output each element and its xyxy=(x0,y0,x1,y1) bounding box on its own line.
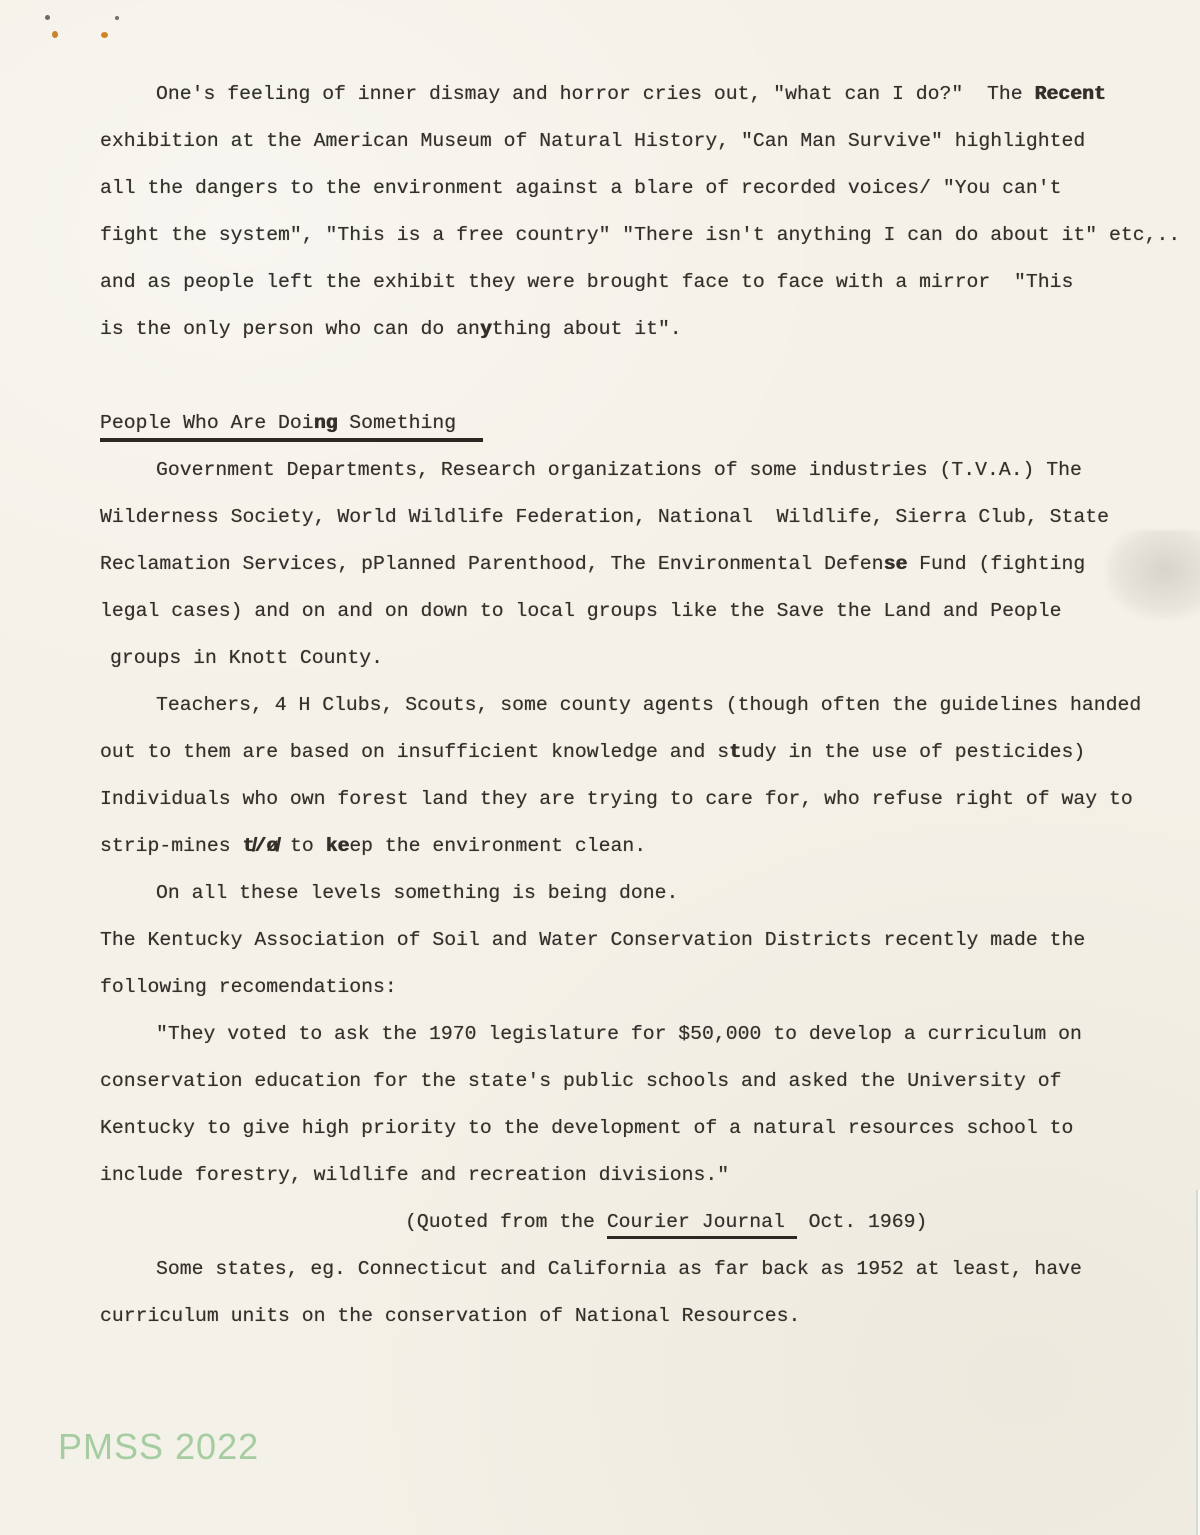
text-segment: (Quoted from the xyxy=(405,1211,607,1233)
rust-speck-icon xyxy=(52,31,58,38)
text-line: all the dangers to the environment again… xyxy=(100,165,1180,212)
text-line: Some states, eg. Connecticut and Califor… xyxy=(100,1246,1180,1293)
text-segment: exhibition at the American Museum of Nat… xyxy=(100,130,1085,152)
quote-paragraph: "They voted to ask the 1970 legislature … xyxy=(100,1011,1180,1199)
text-line: Kentucky to give high priority to the de… xyxy=(100,1105,1180,1152)
text-segment: all the dangers to the environment again… xyxy=(100,177,1062,199)
text-line: conservation education for the state's p… xyxy=(100,1058,1180,1105)
text-segment: following recomendations: xyxy=(100,976,397,998)
text-segment: Fund (fighting xyxy=(907,553,1085,575)
overstrike-text: se xyxy=(883,553,907,575)
text-line: strip-mines t̸/ø̸ to keep the environmen… xyxy=(100,823,1180,870)
text-line: Teachers, 4 H Clubs, Scouts, some county… xyxy=(100,682,1180,729)
teachers-paragraph: Teachers, 4 H Clubs, Scouts, some county… xyxy=(100,682,1180,870)
text-line: One's feeling of inner dismay and horror… xyxy=(100,71,1180,118)
text-line: include forestry, wildlife and recreatio… xyxy=(100,1152,1180,1199)
text-segment: out to them are based on insufficient kn… xyxy=(100,741,729,763)
text-segment: groups in Knott County. xyxy=(110,647,383,669)
text-segment: Some states, eg. Connecticut and Califor… xyxy=(156,1258,1082,1280)
staple-speck-icon xyxy=(115,16,119,20)
overstrike-text: t̸/ø̸ xyxy=(242,835,278,857)
underline-text: Courier Journal xyxy=(607,1209,797,1239)
text-line: The Kentucky Association of Soil and Wat… xyxy=(100,917,1180,964)
text-segment: On all these levels something is being d… xyxy=(156,882,678,904)
text-segment: include forestry, wildlife and recreatio… xyxy=(100,1164,729,1186)
text-line: curriculum units on the conservation of … xyxy=(100,1293,1180,1340)
text-segment: Reclamation Services, pPlanned Parenthoo… xyxy=(100,553,883,575)
text-line: out to them are based on insufficient kn… xyxy=(100,729,1180,776)
text-segment: Wilderness Society, World Wildlife Feder… xyxy=(100,506,1109,528)
overstrike-text: Recent xyxy=(1034,83,1105,105)
text-segment: thing about it". xyxy=(492,318,682,340)
scanned-page: One's feeling of inner dismay and horror… xyxy=(0,0,1200,1535)
text-segment: curriculum units on the conservation of … xyxy=(100,1305,800,1327)
states-paragraph: Some states, eg. Connecticut and Califor… xyxy=(100,1246,1180,1340)
text-line: fight the system", "This is a free count… xyxy=(100,212,1180,259)
text-segment: Government Departments, Research organiz… xyxy=(156,459,1082,481)
text-line: following recomendations: xyxy=(100,964,1180,1011)
text-line: groups in Knott County. xyxy=(100,635,1180,682)
text-segment: People Who Are Doi xyxy=(100,412,314,434)
overstrike-text: ke xyxy=(326,835,350,857)
organizations-paragraph: Government Departments, Research organiz… xyxy=(100,447,1180,682)
intro-paragraph: One's feeling of inner dismay and horror… xyxy=(100,71,1180,353)
overstrike-text: y xyxy=(480,318,492,340)
rust-speck-icon xyxy=(101,32,108,38)
text-segment: and as people left the exhibit they were… xyxy=(100,271,1073,293)
text-segment: to xyxy=(278,835,325,857)
text-segment: is the only person who can do an xyxy=(100,318,480,340)
section-heading-line: People Who Are Doing Something xyxy=(100,400,1180,447)
text-segment: Individuals who own forest land they are… xyxy=(100,788,1133,810)
overstrike-text: t xyxy=(729,741,741,763)
text-segment: Oct. 1969) xyxy=(797,1211,928,1233)
heading-underline: People Who Are Doing Something xyxy=(100,410,483,442)
text-line: legal cases) and on and on down to local… xyxy=(100,588,1180,635)
watermark: PMSS 2022 xyxy=(58,1426,259,1468)
text-line: Wilderness Society, World Wildlife Feder… xyxy=(100,494,1180,541)
text-segment: conservation education for the state's p… xyxy=(100,1070,1062,1092)
text-segment: "They voted to ask the 1970 legislature … xyxy=(156,1023,1082,1045)
overstrike-text: ng xyxy=(314,412,338,434)
levels-paragraph: On all these levels something is being d… xyxy=(100,870,1180,1011)
text-segment: legal cases) and on and on down to local… xyxy=(100,600,1062,622)
text-line: and as people left the exhibit they were… xyxy=(100,259,1180,306)
staple-speck-icon xyxy=(45,15,50,20)
document-text: One's feeling of inner dismay and horror… xyxy=(100,71,1180,1340)
text-segment: The Kentucky Association of Soil and Wat… xyxy=(100,929,1085,951)
text-segment: udy in the use of pesticides) xyxy=(741,741,1085,763)
text-line: On all these levels something is being d… xyxy=(100,870,1180,917)
quote-source-line: (Quoted from the Courier Journal Oct. 19… xyxy=(100,1199,1180,1246)
text-segment: Kentucky to give high priority to the de… xyxy=(100,1117,1073,1139)
text-segment: ep the environment clean. xyxy=(349,835,646,857)
text-segment: strip-mines xyxy=(100,835,242,857)
text-line: (Quoted from the Courier Journal Oct. 19… xyxy=(100,1199,1180,1246)
text-segment: Something xyxy=(337,412,456,434)
text-line: Reclamation Services, pPlanned Parenthoo… xyxy=(100,541,1180,588)
text-segment: Teachers, 4 H Clubs, Scouts, some county… xyxy=(156,694,1141,716)
text-line: Government Departments, Research organiz… xyxy=(100,447,1180,494)
text-line: Individuals who own forest land they are… xyxy=(100,776,1180,823)
text-line: "They voted to ask the 1970 legislature … xyxy=(100,1011,1180,1058)
text-segment: fight the system", "This is a free count… xyxy=(100,224,1180,246)
text-line: is the only person who can do anything a… xyxy=(100,306,1180,353)
text-segment: One's feeling of inner dismay and horror… xyxy=(156,83,1034,105)
section-heading: People Who Are Doing Something xyxy=(100,400,1180,447)
text-line: exhibition at the American Museum of Nat… xyxy=(100,118,1180,165)
